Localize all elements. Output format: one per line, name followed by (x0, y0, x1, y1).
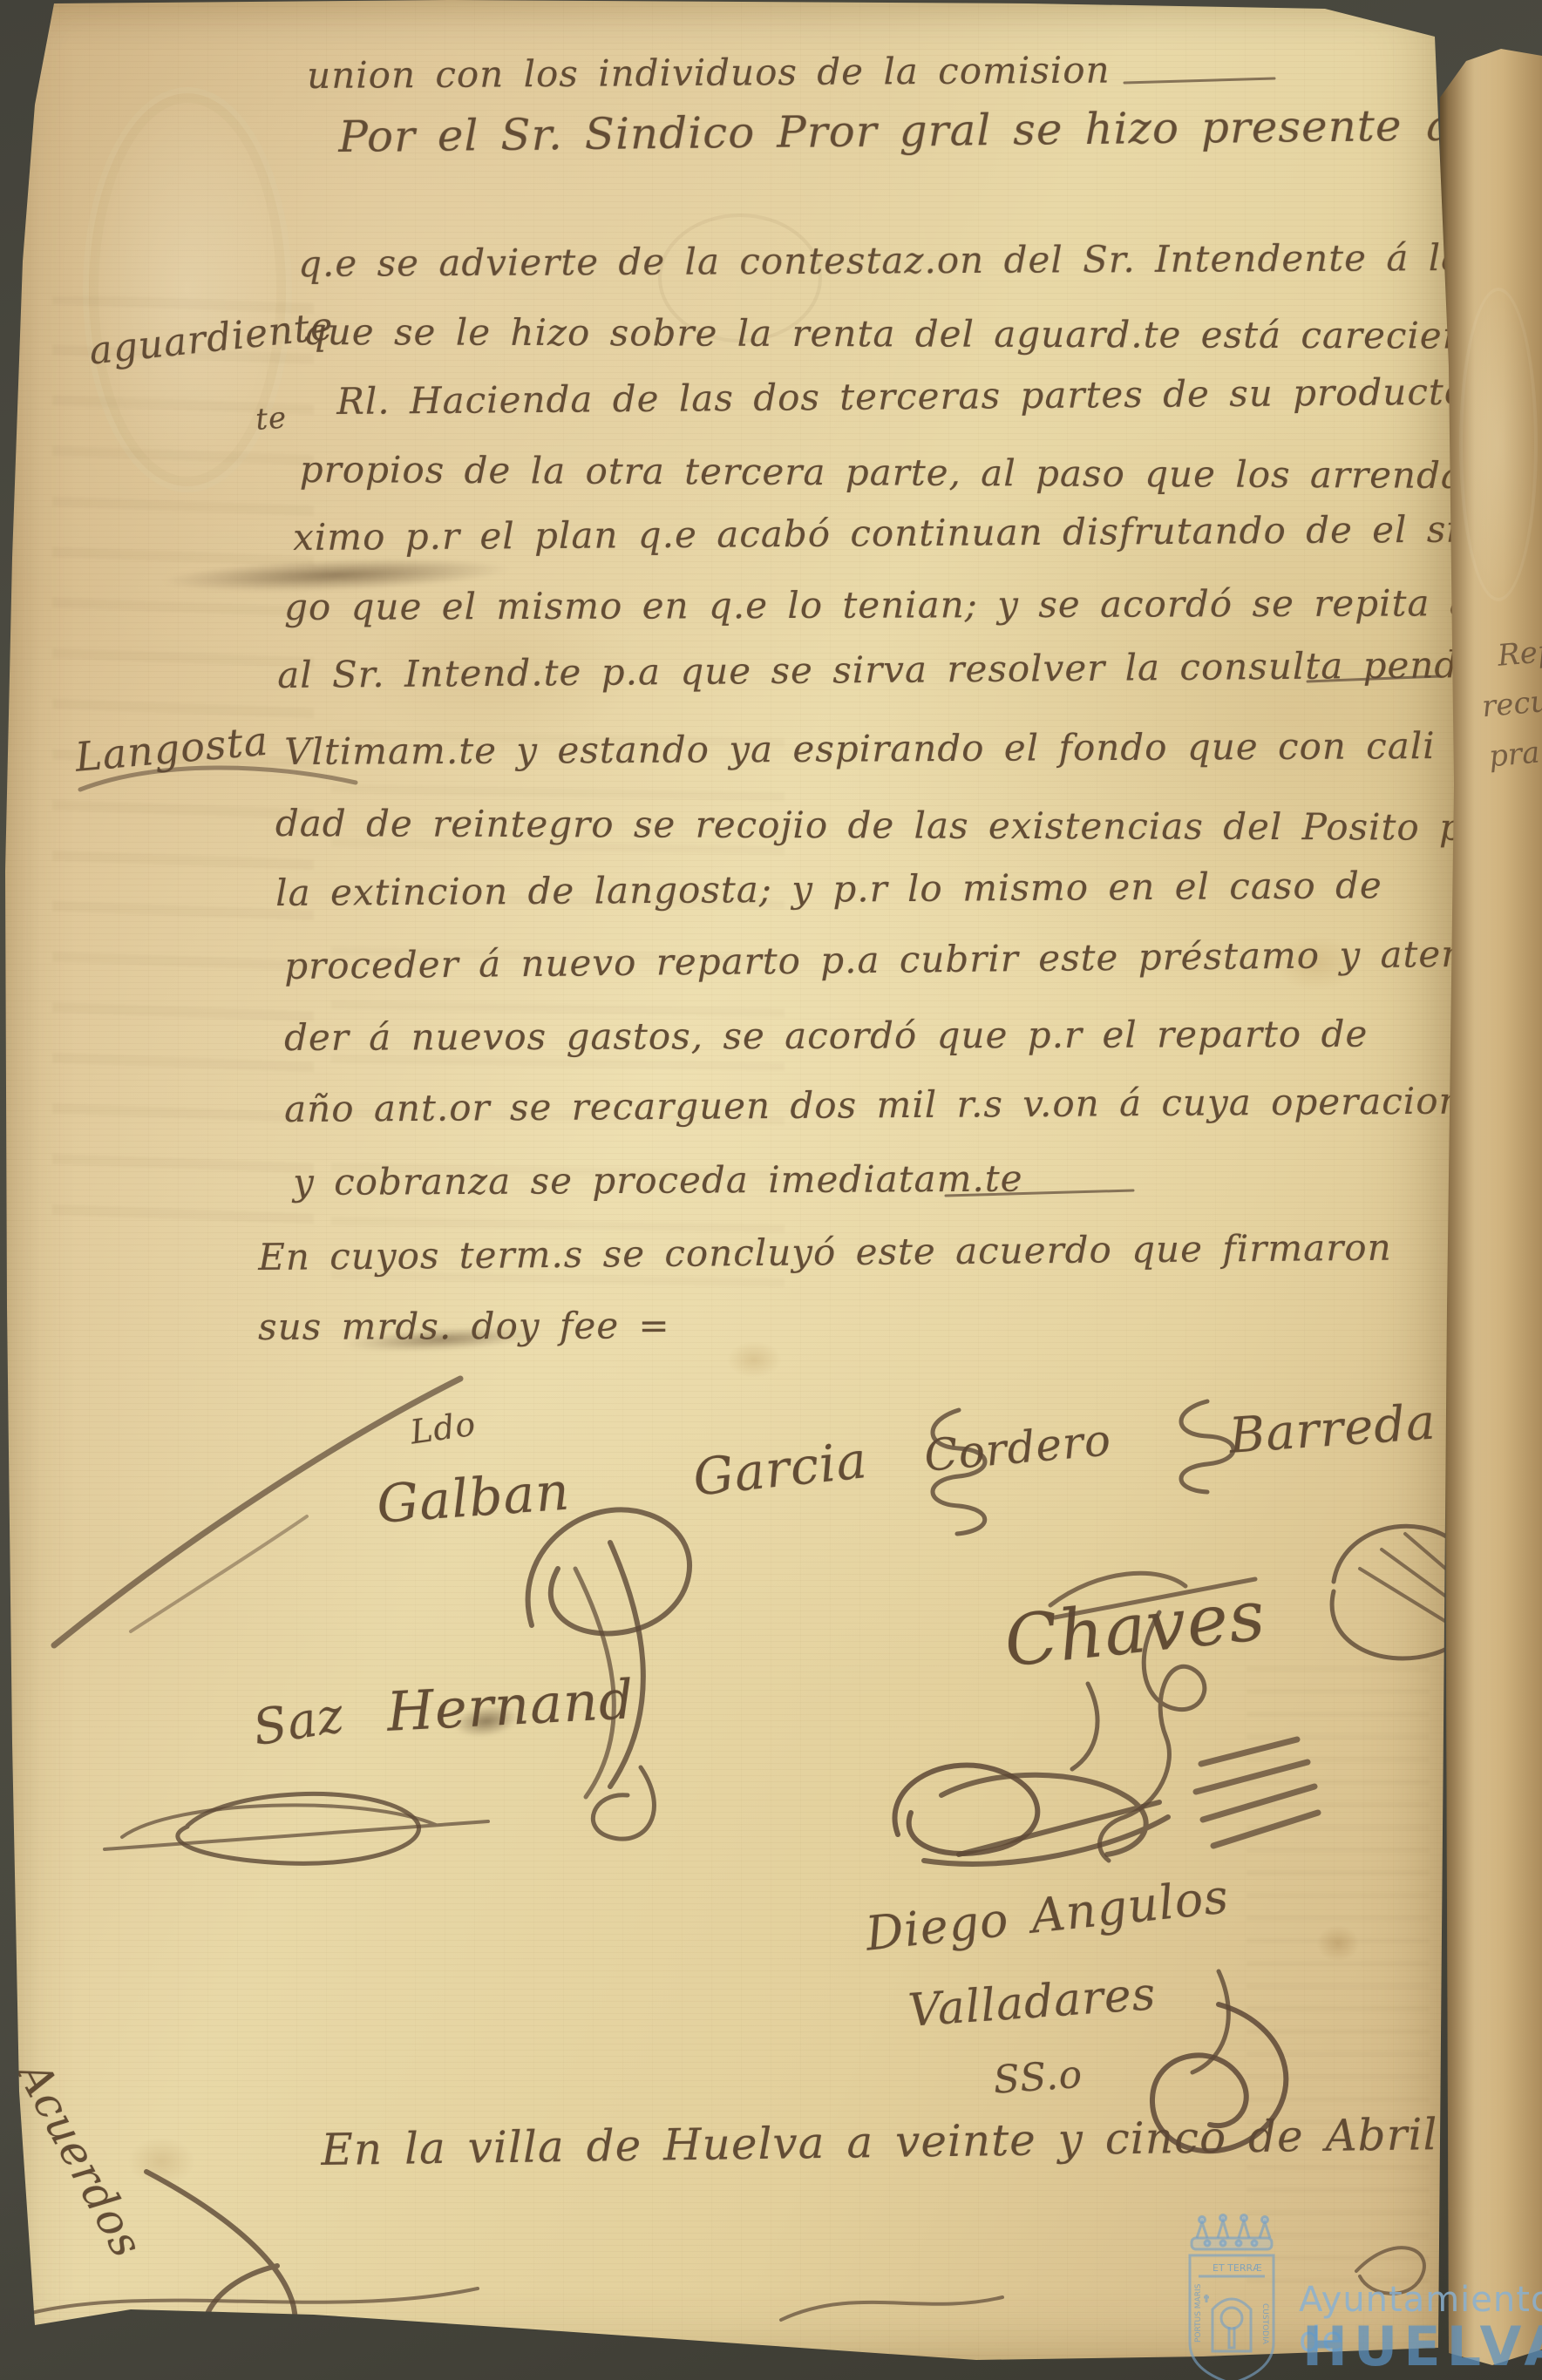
paper-stain (1308, 1917, 1369, 1970)
paper-stain (715, 1333, 793, 1386)
manuscript-line: propios de la otra tercera parte, al pas… (300, 448, 1520, 497)
signature-ldo: Ldo (408, 1405, 479, 1452)
manuscript-line: la extincion de langosta; y p.r lo mismo… (275, 864, 1382, 914)
signature-barreda: Barreda (1227, 1393, 1437, 1464)
signature-cordero: Cordero (922, 1414, 1113, 1482)
next-page-text-fragment: Rep (1496, 634, 1542, 674)
manuscript-line: proceder á nuevo reparto p.a cubrir este… (284, 932, 1466, 987)
signature-galban: Galban (375, 1461, 572, 1536)
manuscript-line: y cobranza se proceda imediatam.te (293, 1157, 1023, 1204)
signature-garcia: Garcia (690, 1430, 870, 1508)
manuscript-line: union con los individuos de la comision (307, 49, 1111, 97)
margin-note-acuerdos: Acuerdos (8, 2053, 153, 2266)
manuscript-line: dad de reintegro se recojio de las exist… (275, 802, 1477, 849)
signature-chaves: Chaves (1001, 1575, 1269, 1683)
manuscript-line: año ant.or se recarguen dos mil r.s v.on… (284, 1080, 1464, 1130)
next-page-text-fragment: pra (1487, 736, 1541, 775)
manuscript-line: En cuyos term.s se concluyó este acuerdo… (258, 1226, 1392, 1278)
manuscript-line: der á nuevos gastos, se acordó que p.r e… (284, 1013, 1368, 1059)
manuscript-line: al Sr. Intend.te p.a que se sirva resolv… (277, 643, 1510, 696)
margin-note-langosta: Langosta (73, 717, 270, 781)
manuscript-line: go que el mismo en q.e lo tenian; y se a… (284, 581, 1506, 628)
manuscript-line: Rl. Hacienda de las dos terceras partes … (336, 370, 1542, 423)
margin-catchword: te (255, 401, 288, 437)
next-page-text-fragment: recu (1480, 684, 1542, 725)
show-through-ghost (1247, 1656, 1430, 2301)
signature-valladares: Valladares (907, 1968, 1158, 2038)
signature-diego-angulos: Diego Angulos (863, 1868, 1232, 1961)
signature-hernand: Hernand (385, 1667, 635, 1744)
paper-stain (113, 2126, 209, 2196)
manuscript-line: Vltimam.te y estando ya espirando el fon… (284, 724, 1436, 773)
manuscript-line: sus mrds. doy fee = (258, 1304, 670, 1348)
manuscript-line: ximo p.r el plan q.e acabó continuan dis… (293, 507, 1542, 559)
manuscript-line: Por el Sr. Sindico Pror gral se hizo pre… (338, 98, 1542, 162)
signature-saz: Saz (249, 1687, 348, 1758)
signature-sso: SS.o (992, 2052, 1084, 2103)
manuscript-line: q.e se advierte de la contestaz.on del S… (298, 235, 1542, 285)
closing-date-line: En la villa de Huelva a veinte y cinco d… (321, 2108, 1515, 2175)
manuscript-line: que se le hizo sobre la renta del aguard… (303, 310, 1542, 357)
manuscript-page: aguardiente Langosta Acuerdos te union c… (0, 0, 1464, 2380)
next-page-edge (1440, 0, 1542, 2380)
embossed-seal-next-page (1459, 288, 1538, 601)
